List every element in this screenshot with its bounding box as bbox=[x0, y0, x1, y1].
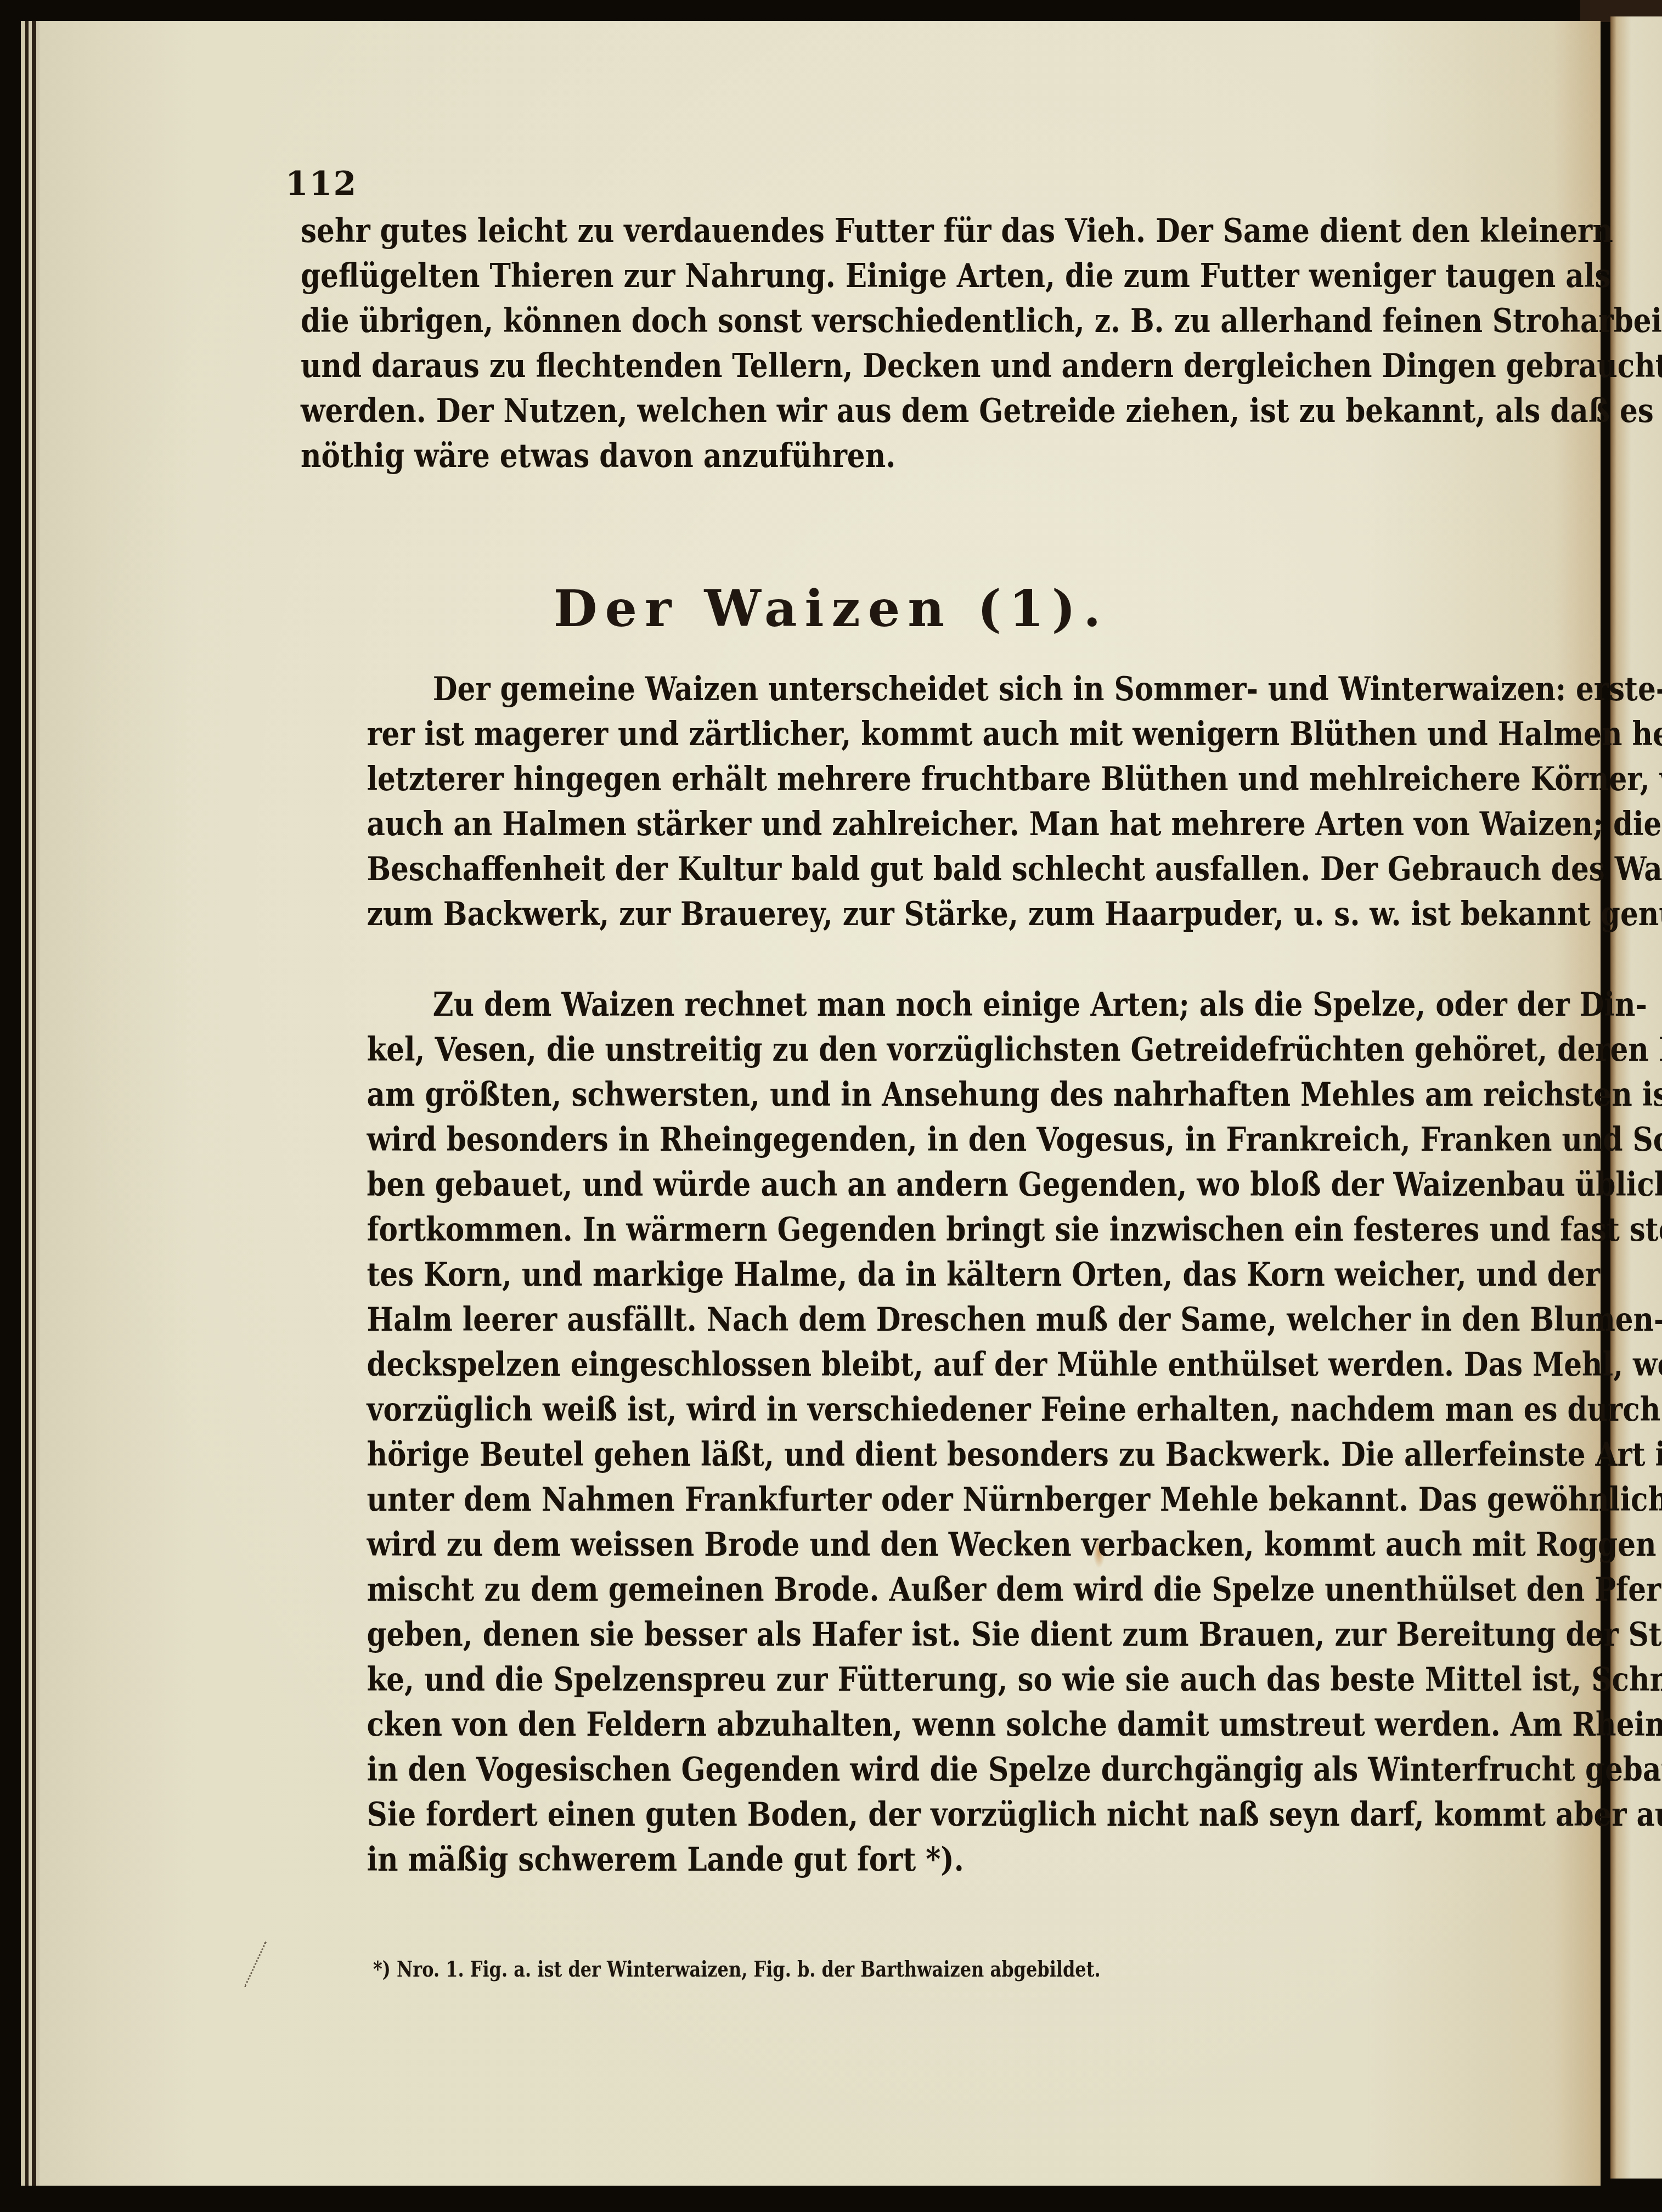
text-line: letzterer hingegen erhält mehrere frucht… bbox=[301, 757, 1537, 802]
text-line: in den Vogesischen Gegenden wird die Spe… bbox=[301, 1747, 1537, 1792]
margin-mark bbox=[244, 1941, 286, 1996]
intro-paragraph: sehr gutes leicht zu verdauendes Futter … bbox=[301, 209, 1537, 479]
text-line: in mäßig schwerem Lande gut fort *). bbox=[301, 1837, 1537, 1882]
text-line: am größten, schwersten, und in Ansehung … bbox=[301, 1072, 1537, 1117]
footnote: *) Nro. 1. Fig. a. ist der Winterwaizen,… bbox=[373, 1956, 1101, 1982]
text-line: ke, und die Spelzenspreu zur Fütterung, … bbox=[301, 1657, 1537, 1702]
text-line: fortkommen. In wärmern Gegenden bringt s… bbox=[301, 1207, 1537, 1252]
text-line: geflügelten Thieren zur Nahrung. Einige … bbox=[301, 254, 1537, 299]
text-line: deckspelzen eingeschlossen bleibt, auf d… bbox=[301, 1342, 1537, 1387]
text-line: zum Backwerk, zur Brauerey, zur Stärke, … bbox=[301, 892, 1537, 937]
text-line: tes Korn, und markige Halme, da in kälte… bbox=[301, 1252, 1537, 1297]
text-line: hörige Beutel gehen läßt, und dient beso… bbox=[301, 1432, 1537, 1477]
text-line: unter dem Nahmen Frankfurter oder Nürnbe… bbox=[301, 1477, 1537, 1522]
text-line: vorzüglich weiß ist, wird in verschieden… bbox=[301, 1387, 1537, 1432]
text-line: werden. Der Nutzen, welchen wir aus dem … bbox=[301, 389, 1537, 434]
text-line: Zu dem Waizen rechnet man noch einige Ar… bbox=[301, 982, 1537, 1027]
text-line: die übrigen, können doch sonst verschied… bbox=[301, 299, 1537, 344]
text-line: kel, Vesen, die unstreitig zu den vorzüg… bbox=[301, 1027, 1537, 1072]
text-line: ben gebauet, und würde auch an andern Ge… bbox=[301, 1162, 1537, 1207]
paragraph-waizen-types: Der gemeine Waizen unterscheidet sich in… bbox=[301, 667, 1537, 937]
text-line: wird zu dem weissen Brode und den Wecken… bbox=[301, 1522, 1537, 1567]
text-line: cken von den Feldern abzuhalten, wenn so… bbox=[301, 1702, 1537, 1747]
text-line: und daraus zu flechtenden Tellern, Decke… bbox=[301, 344, 1537, 389]
text-line: mischt zu dem gemeinen Brode. Außer dem … bbox=[301, 1567, 1537, 1612]
text-line: Halm leerer ausfällt. Nach dem Dreschen … bbox=[301, 1297, 1537, 1342]
text-line: auch an Halmen stärker und zahlreicher. … bbox=[301, 802, 1537, 847]
text-line: sehr gutes leicht zu verdauendes Futter … bbox=[301, 209, 1537, 254]
text-line: Beschaffenheit der Kultur bald gut bald … bbox=[301, 847, 1537, 892]
paragraph-spelze: Zu dem Waizen rechnet man noch einige Ar… bbox=[301, 982, 1537, 1882]
page-number: 112 bbox=[285, 165, 357, 203]
text-line: Der gemeine Waizen unterscheidet sich in… bbox=[301, 667, 1537, 712]
text-line: nöthig wäre etwas davon anzuführen. bbox=[301, 434, 1537, 479]
text-line: geben, denen sie besser als Hafer ist. S… bbox=[301, 1612, 1537, 1657]
text-line: Sie fordert einen guten Boden, der vorzü… bbox=[301, 1792, 1537, 1837]
text-line: wird besonders in Rheingegenden, in den … bbox=[301, 1117, 1537, 1162]
section-title: Der Waizen (1). bbox=[0, 579, 1662, 638]
text-line: rer ist magerer und zärtlicher, kommt au… bbox=[301, 712, 1537, 757]
